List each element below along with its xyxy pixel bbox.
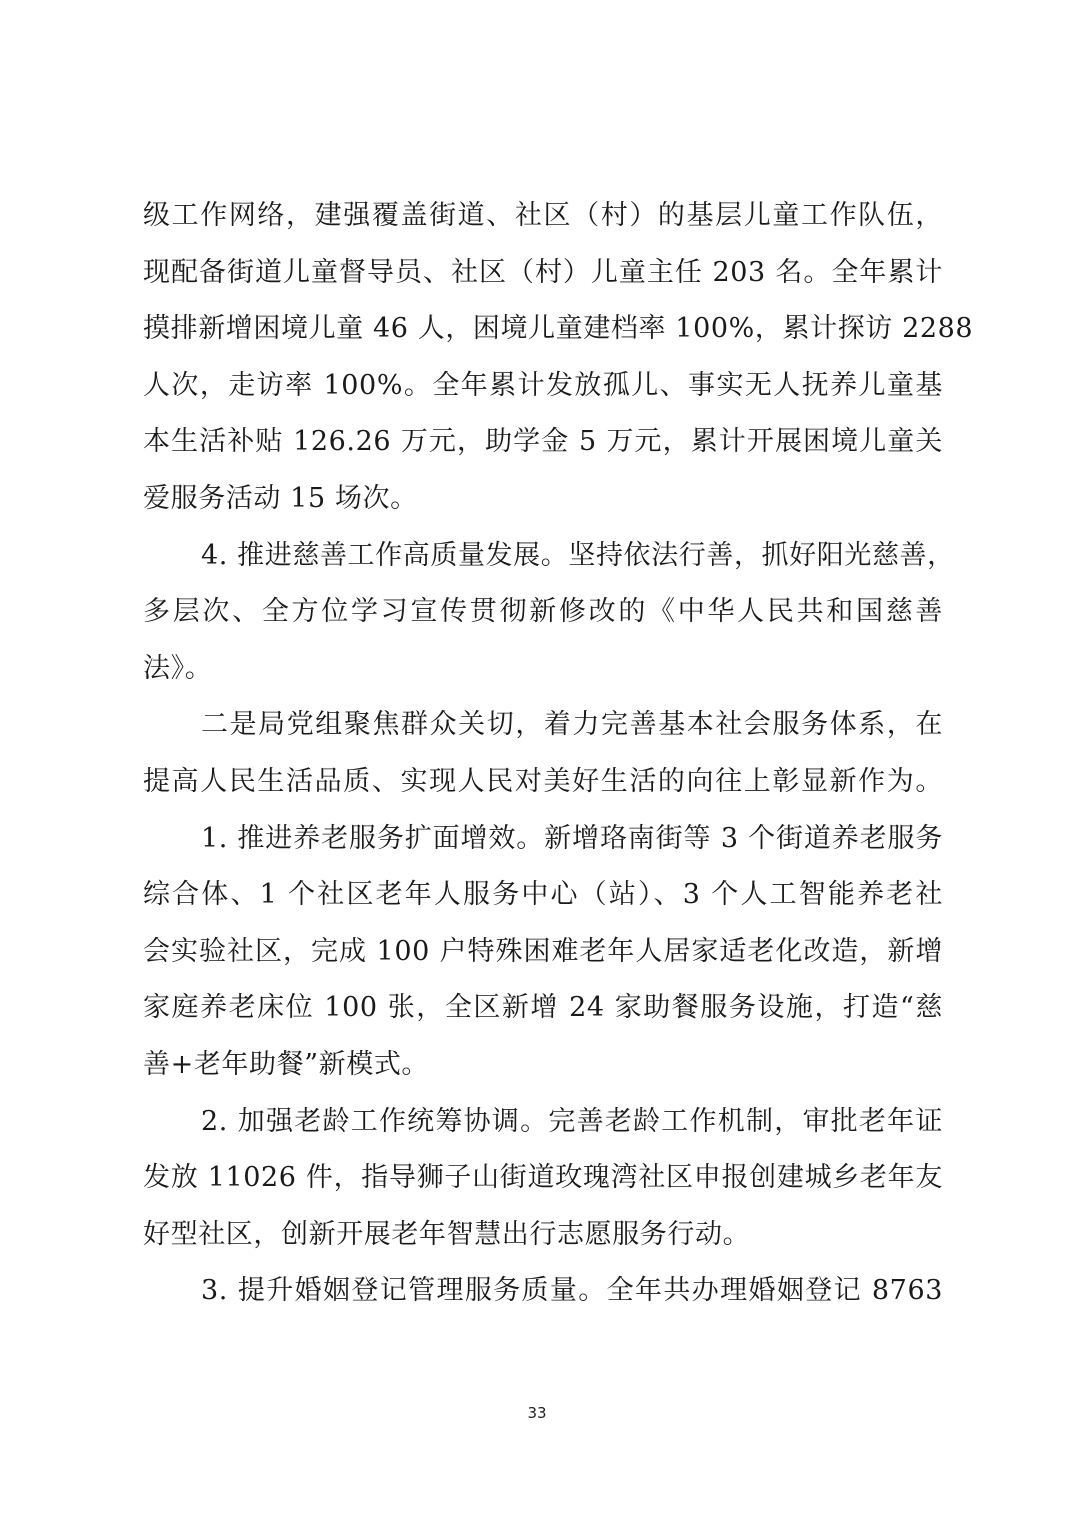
text-line: 家庭养老床位 100 张，全区新增 24 家助餐服务设施，打造“慈 [143,980,943,1037]
text-line: 3. 提升婚姻登记管理服务质量。全年共办理婚姻登记 8763 [143,1263,943,1320]
text-line: 摸排新增困境儿童 46 人，困境儿童建档率 100%，累计探访 2288 [143,301,943,358]
text-line: 综合体、1 个社区老年人服务中心（站）、3 个人工智能养老社 [143,867,943,924]
text-line: 2. 加强老龄工作统筹协调。完善老龄工作机制，审批老年证 [143,1094,943,1151]
text-line: 本生活补贴 126.26 万元，助学金 5 万元，累计开展困境儿童关 [143,414,943,471]
page-number: 33 [0,1404,1074,1422]
text-line: 级工作网络，建强覆盖街道、社区（村）的基层儿童工作队伍， [143,188,943,245]
text-line: 人次，走访率 100%。全年累计发放孤儿、事实无人抚养儿童基 [143,358,943,415]
paragraph-charity: 4. 推进慈善工作高质量发展。坚持依法行善，抓好阳光慈善， 多层次、全方位学习宣… [143,528,943,698]
text-line: 善+老年助餐”新模式。 [143,1037,943,1094]
text-line: 4. 推进慈善工作高质量发展。坚持依法行善，抓好阳光慈善， [143,528,943,585]
paragraph-section-two: 二是局党组聚焦群众关切，着力完善基本社会服务体系，在 提高人民生活品质、实现人民… [143,697,943,810]
text-line: 提高人民生活品质、实现人民对美好生活的向往上彰显新作为。 [143,754,943,811]
text-line: 爱服务活动 15 场次。 [143,471,943,528]
document-page: 级工作网络，建强覆盖街道、社区（村）的基层儿童工作队伍， 现配备街道儿童督导员、… [0,0,1074,1520]
text-line: 多层次、全方位学习宣传贯彻新修改的《中华人民共和国慈善 [143,584,943,641]
text-line: 现配备街道儿童督导员、社区（村）儿童主任 203 名。全年累计 [143,245,943,302]
paragraph-elderly-services: 1. 推进养老服务扩面增效。新增珞南街等 3 个街道养老服务 综合体、1 个社区… [143,811,943,1094]
paragraph-children-work: 级工作网络，建强覆盖街道、社区（村）的基层儿童工作队伍， 现配备街道儿童督导员、… [143,188,943,528]
text-line: 1. 推进养老服务扩面增效。新增珞南街等 3 个街道养老服务 [143,811,943,868]
text-line: 会实验社区，完成 100 户特殊困难老年人居家适老化改造，新增 [143,924,943,981]
body-text: 级工作网络，建强覆盖街道、社区（村）的基层儿童工作队伍， 现配备街道儿童督导员、… [143,188,943,1320]
text-line: 法》。 [143,641,943,698]
paragraph-aging-coordination: 2. 加强老龄工作统筹协调。完善老龄工作机制，审批老年证 发放 11026 件，… [143,1094,943,1264]
paragraph-marriage-registration: 3. 提升婚姻登记管理服务质量。全年共办理婚姻登记 8763 [143,1263,943,1320]
text-line: 二是局党组聚焦群众关切，着力完善基本社会服务体系，在 [143,697,943,754]
text-line: 发放 11026 件，指导狮子山街道玫瑰湾社区申报创建城乡老年友 [143,1150,943,1207]
text-line: 好型社区，创新开展老年智慧出行志愿服务行动。 [143,1207,943,1264]
